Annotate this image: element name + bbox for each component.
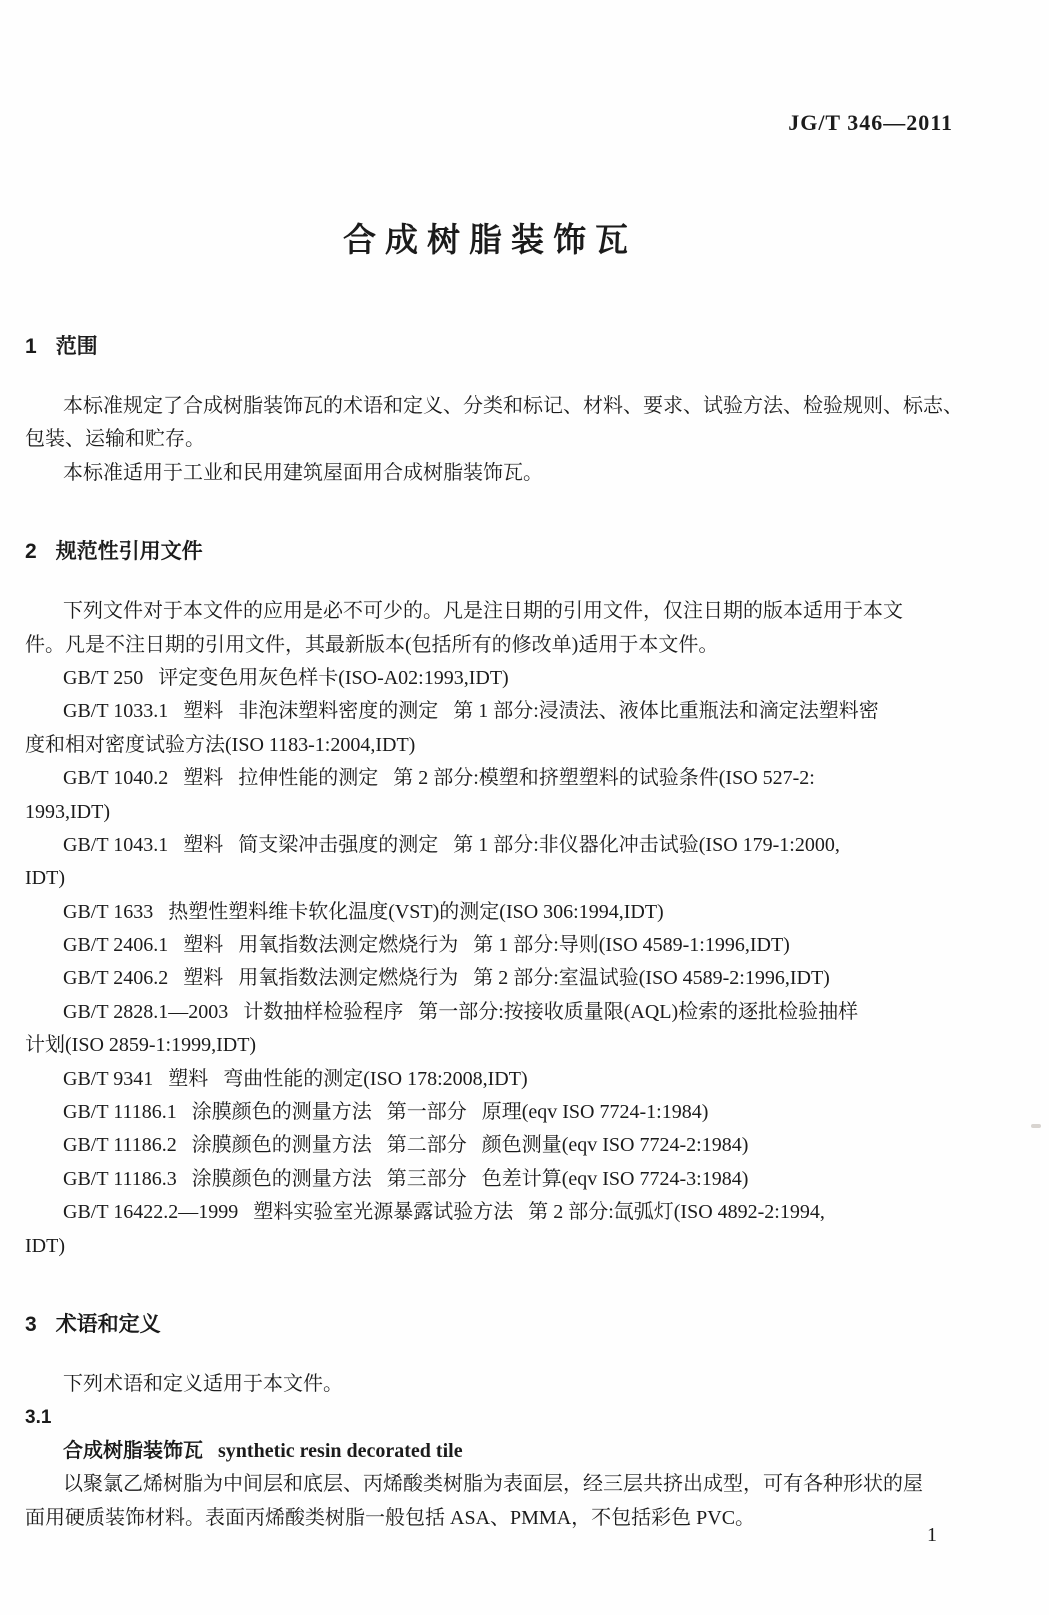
document-body: 1范围本标准规定了合成树脂装饰瓦的术语和定义、分类和标记、材料、要求、试验方法、… xyxy=(25,330,955,1535)
body-line: GB/T 16422.2—1999 塑料实验室光源暴露试验方法 第 2 部分:氙… xyxy=(25,1196,955,1229)
body-line: GB/T 1033.1 塑料 非泡沫塑料密度的测定 第 1 部分:浸渍法、液体比… xyxy=(25,695,955,728)
body-line: GB/T 2406.1 塑料 用氧指数法测定燃烧行为 第 1 部分:导则(ISO… xyxy=(25,929,955,962)
section-heading: 2规范性引用文件 xyxy=(25,535,955,568)
body-line: GB/T 1040.2 塑料 拉伸性能的测定 第 2 部分:模塑和挤塑塑料的试验… xyxy=(25,762,955,795)
section-title: 规范性引用文件 xyxy=(56,540,203,563)
section-title: 术语和定义 xyxy=(56,1313,161,1336)
body-line: 计划(ISO 2859-1:1999,IDT) xyxy=(25,1029,955,1062)
standard-number: JG/T 346—2011 xyxy=(788,110,953,136)
body-line: IDT) xyxy=(25,1230,955,1263)
term-definition-line: 合成树脂装饰瓦 synthetic resin decorated tile xyxy=(25,1435,955,1468)
scan-artifact xyxy=(1031,1124,1041,1128)
body-line: 包装、运输和贮存。 xyxy=(25,423,955,456)
body-line: 下列术语和定义适用于本文件。 xyxy=(25,1368,955,1401)
section-number: 2 xyxy=(25,535,37,568)
body-line: GB/T 11186.2 涂膜颜色的测量方法 第二部分 颜色测量(eqv ISO… xyxy=(25,1129,955,1162)
section-number: 3 xyxy=(25,1308,37,1341)
section-title: 范围 xyxy=(56,335,98,358)
document-page: JG/T 346—2011 合成树脂装饰瓦 1范围本标准规定了合成树脂装饰瓦的术… xyxy=(0,0,1049,1615)
clause-number: 3.1 xyxy=(25,1401,955,1434)
section-number: 1 xyxy=(25,330,37,363)
body-line: 1993,IDT) xyxy=(25,796,955,829)
body-line: 以聚氯乙烯树脂为中间层和底层、丙烯酸类树脂为表面层，经三层共挤出成型，可有各种形… xyxy=(25,1468,955,1501)
body-line: 本标准规定了合成树脂装饰瓦的术语和定义、分类和标记、材料、要求、试验方法、检验规… xyxy=(25,390,955,423)
body-line: 本标准适用于工业和民用建筑屋面用合成树脂装饰瓦。 xyxy=(25,457,955,490)
body-line: GB/T 1043.1 塑料 简支梁冲击强度的测定 第 1 部分:非仪器化冲击试… xyxy=(25,829,955,862)
body-line: 下列文件对于本文件的应用是必不可少的。凡是注日期的引用文件，仅注日期的版本适用于… xyxy=(25,595,955,628)
body-line: GB/T 250 评定变色用灰色样卡(ISO-A02:1993,IDT) xyxy=(25,662,955,695)
section-heading: 1范围 xyxy=(25,330,955,363)
body-line: 度和相对密度试验方法(ISO 1183-1:2004,IDT) xyxy=(25,729,955,762)
body-line: GB/T 11186.3 涂膜颜色的测量方法 第三部分 色差计算(eqv ISO… xyxy=(25,1163,955,1196)
body-line: 件。凡是不注日期的引用文件，其最新版本(包括所有的修改单)适用于本文件。 xyxy=(25,629,955,662)
body-line: GB/T 9341 塑料 弯曲性能的测定(ISO 178:2008,IDT) xyxy=(25,1063,955,1096)
document-title: 合成树脂装饰瓦 xyxy=(25,214,955,261)
body-line: GB/T 2406.2 塑料 用氧指数法测定燃烧行为 第 2 部分:室温试验(I… xyxy=(25,962,955,995)
section-heading: 3术语和定义 xyxy=(25,1308,955,1341)
body-line: IDT) xyxy=(25,862,955,895)
body-line: GB/T 1633 热塑性塑料维卡软化温度(VST)的测定(ISO 306:19… xyxy=(25,896,955,929)
body-line: GB/T 2828.1—2003 计数抽样检验程序 第一部分:按接收质量限(AQ… xyxy=(25,996,955,1029)
page-number: 1 xyxy=(25,1524,937,1547)
body-line: GB/T 11186.1 涂膜颜色的测量方法 第一部分 原理(eqv ISO 7… xyxy=(25,1096,955,1129)
